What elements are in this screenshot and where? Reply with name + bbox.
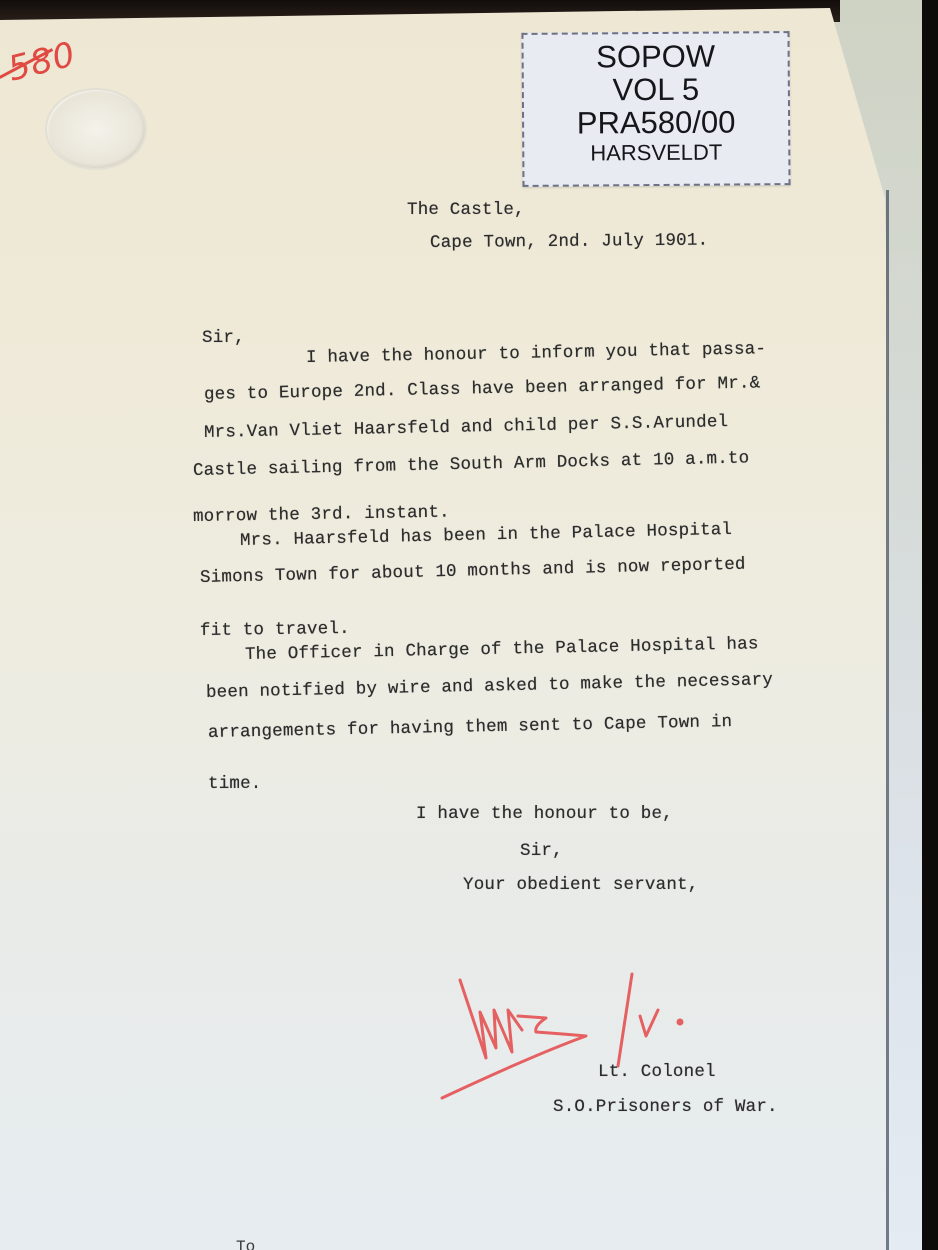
address-line-1: The Castle, <box>407 200 525 220</box>
archive-label-line1: SOPOW <box>524 39 788 74</box>
closing-line-2: Sir, <box>520 841 563 861</box>
archive-label: SOPOW VOL 5 PRA580/00 HARSVELDT <box>521 31 790 187</box>
addressee-fragment: To <box>236 1238 255 1250</box>
body-line: time. <box>208 774 262 794</box>
signatory-title: S.O.Prisoners of War. <box>553 1097 778 1117</box>
body-line: fit to travel. <box>200 619 350 641</box>
signatory-rank: Lt. Colonel <box>598 1062 716 1082</box>
archive-label-line2: VOL 5 <box>524 72 788 107</box>
address-line-2: Cape Town, 2nd. July 1901. <box>430 231 708 253</box>
paper-edge <box>886 190 889 1250</box>
archive-label-line3: PRA580/00 <box>524 105 788 140</box>
closing-line-3: Your obedient servant, <box>463 875 698 895</box>
embossed-seal-icon <box>45 88 147 170</box>
closing-line-1: I have the honour to be, <box>416 804 673 824</box>
salutation: Sir, <box>202 328 245 348</box>
archive-label-line4: HARSVELDT <box>524 138 788 168</box>
